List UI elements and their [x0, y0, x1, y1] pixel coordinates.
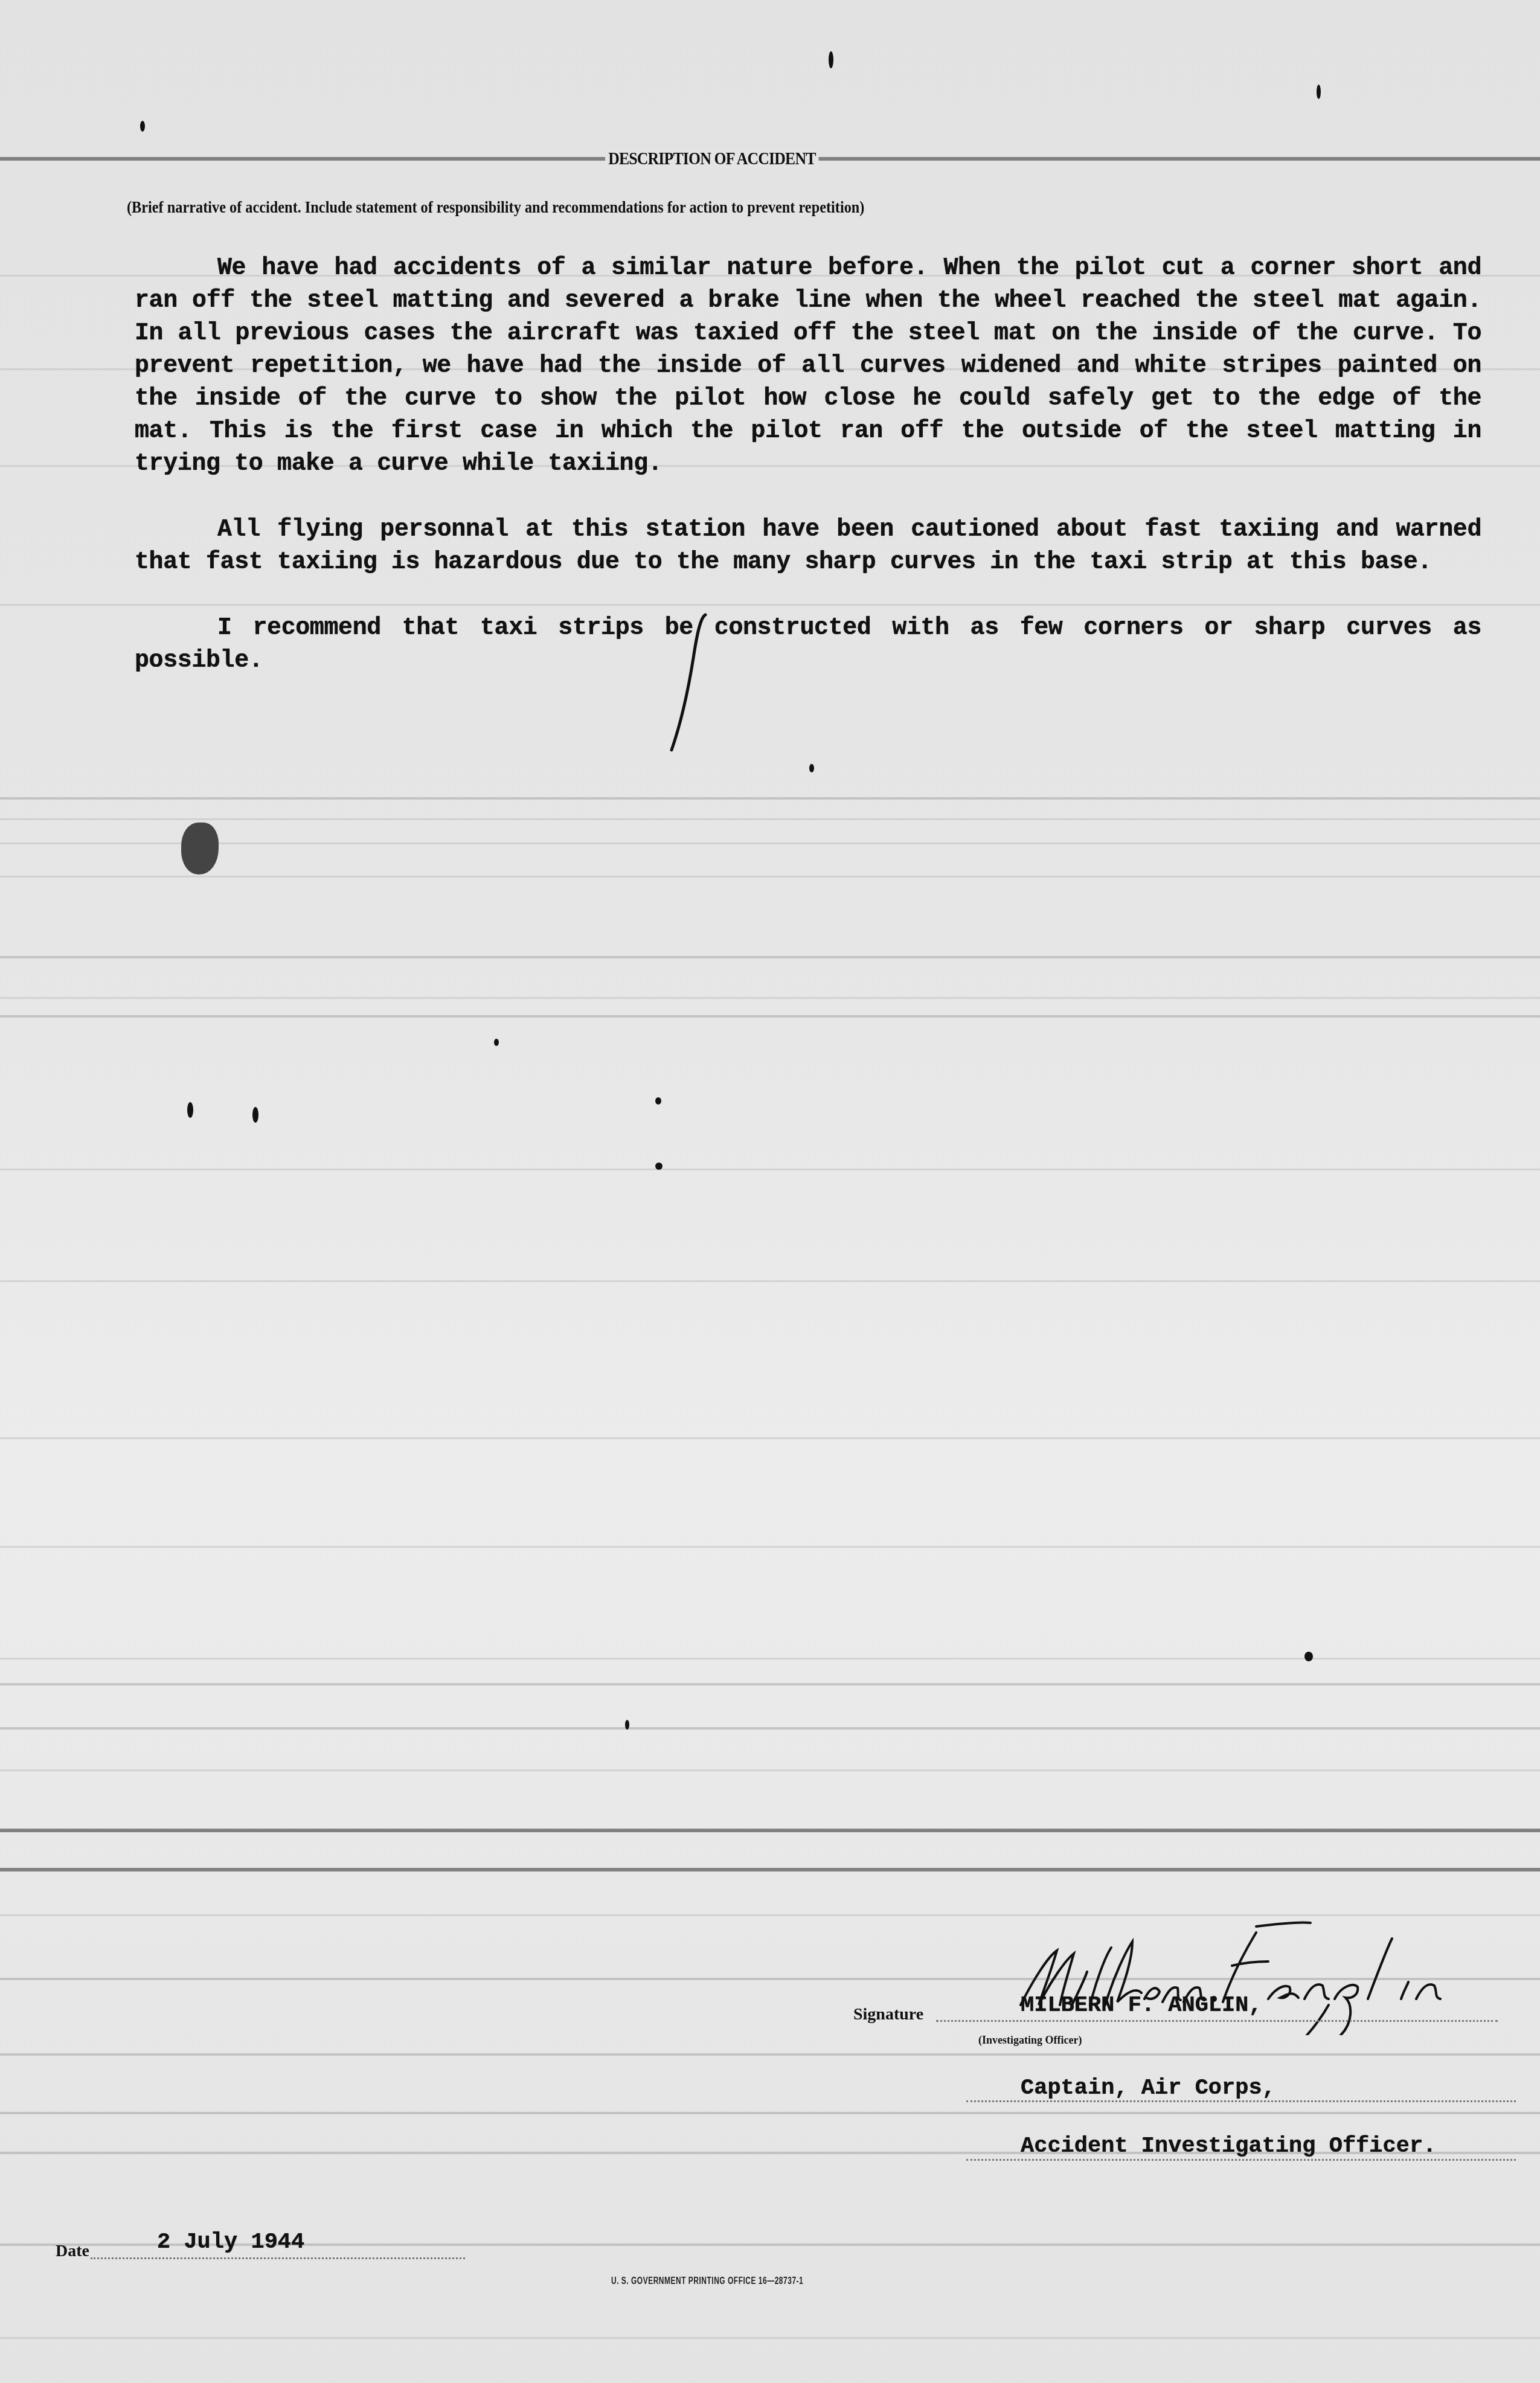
form-rule — [0, 1169, 1540, 1170]
document-page: DESCRIPTION OF ACCIDENT (Brief narrative… — [0, 0, 1540, 2383]
dust-speck — [809, 764, 814, 772]
accident-narrative: We have had accidents of a similar natur… — [135, 252, 1481, 711]
dust-speck — [829, 51, 833, 68]
typed-officer-name: MILBERN F. ANGLIN, — [1021, 1993, 1262, 2018]
form-rule — [0, 1727, 1540, 1730]
dust-speck — [655, 1163, 663, 1170]
narrative-paragraph: We have had accidents of a similar natur… — [135, 252, 1481, 481]
dust-speck — [252, 1107, 258, 1123]
pen-stroke-mark — [658, 610, 713, 755]
form-rule — [0, 876, 1540, 877]
dust-speck — [140, 121, 145, 132]
form-rule — [0, 818, 1540, 820]
date-line — [91, 2257, 465, 2259]
form-rule — [0, 1769, 1540, 1771]
dust-speck — [187, 1102, 193, 1118]
form-rule — [0, 1546, 1540, 1548]
officer-rank: Captain, Air Corps, — [1021, 2076, 1275, 2101]
form-rule — [0, 997, 1540, 999]
form-rule — [0, 842, 1540, 844]
signature-label: Signature — [853, 2005, 923, 2024]
officer-title: Accident Investigating Officer. — [1021, 2134, 1436, 2159]
dust-speck — [655, 1097, 661, 1105]
form-rule — [0, 797, 1540, 800]
date-label: Date — [56, 2242, 89, 2261]
ink-blot — [181, 823, 219, 874]
form-rule — [0, 1683, 1540, 1685]
title-line — [966, 2159, 1516, 2161]
form-rule — [0, 1829, 1540, 1832]
form-rule — [0, 2337, 1540, 2339]
section-heading: DESCRIPTION OF ACCIDENT — [605, 149, 819, 169]
officer-caption: (Investigating Officer) — [978, 2034, 1082, 2047]
form-instructions: (Brief narrative of accident. Include st… — [127, 198, 864, 217]
form-rule — [0, 1868, 1540, 1871]
date-value: 2 July 1944 — [157, 2230, 304, 2255]
dust-speck — [494, 1039, 499, 1046]
narrative-paragraph: All flying personnal at this station hav… — [135, 514, 1481, 579]
printing-office-imprint: U. S. GOVERNMENT PRINTING OFFICE 16—2873… — [611, 2276, 803, 2286]
form-rule — [0, 1280, 1540, 1282]
narrative-paragraph: I recommend that taxi strips be construc… — [135, 612, 1481, 678]
form-rule — [0, 2053, 1540, 2056]
form-rule — [0, 2112, 1540, 2114]
dust-speck — [625, 1720, 629, 1730]
signature-line — [936, 2020, 1498, 2022]
form-rule — [0, 1437, 1540, 1439]
form-rule — [0, 956, 1540, 958]
dust-speck — [1317, 85, 1321, 99]
dust-speck — [1304, 1652, 1313, 1661]
form-rule — [0, 1015, 1540, 1018]
